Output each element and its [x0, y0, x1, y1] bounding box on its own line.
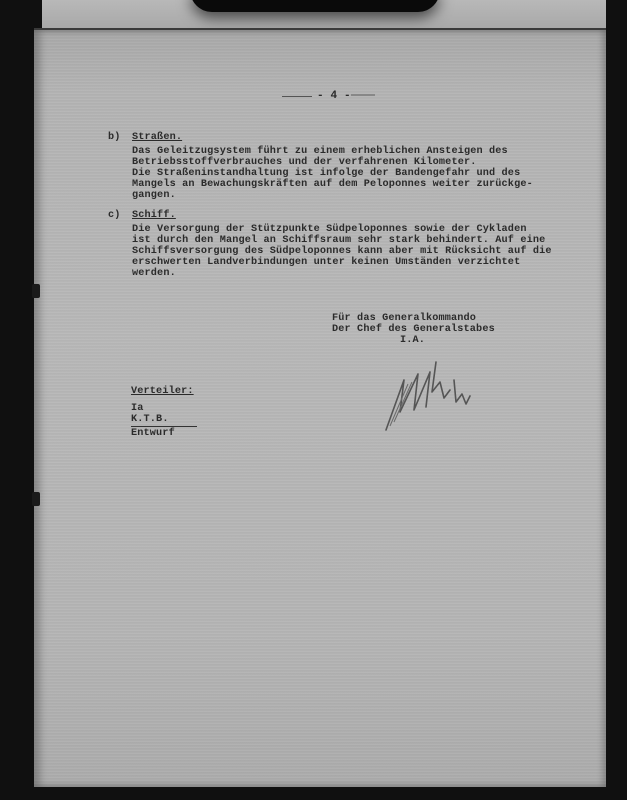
text-line: erschwerten Landverbindungen unter keine…	[132, 257, 572, 268]
signature-line: Für das Generalkommando	[332, 313, 495, 324]
distribution-item: Ia	[131, 403, 197, 414]
signature-block: Für das Generalkommando Der Chef des Gen…	[332, 313, 495, 346]
text-line: Betriebsstoffverbrauches und der verfahr…	[132, 157, 572, 168]
top-shadow-object	[190, 0, 440, 12]
distribution-item: Entwurf	[131, 428, 197, 439]
page-number: - 4 -	[317, 91, 351, 102]
text-line: Schiffsversorgung des Südpeloponnes kann…	[132, 246, 572, 257]
text-line: Mangels an Bewachungskräften auf dem Pel…	[132, 179, 572, 190]
signature-line: I.A.	[332, 335, 495, 346]
handwritten-signature	[374, 352, 494, 432]
document-page: - 4 - b) Straßen. Das Geleitzugsystem fü…	[34, 28, 606, 787]
page-number-mark	[351, 94, 375, 96]
section-body: Das Geleitzugsystem führt zu einem erheb…	[132, 146, 572, 201]
text-line: Das Geleitzugsystem führt zu einem erheb…	[132, 146, 572, 157]
section-title: Schiff.	[132, 210, 176, 221]
text-line: werden.	[132, 268, 572, 279]
document-body: - 4 - b) Straßen. Das Geleitzugsystem fü…	[34, 30, 606, 787]
section-body: Die Versorgung der Stützpunkte Südpelopo…	[132, 224, 572, 279]
signature-line: Der Chef des Generalstabes	[332, 324, 495, 335]
section-title: Straßen.	[132, 132, 182, 143]
distribution-list: Verteiler: Ia K.T.B. Entwurf	[131, 386, 197, 439]
divider	[131, 426, 197, 427]
distribution-title: Verteiler:	[131, 386, 197, 397]
section-label: b)	[108, 132, 121, 143]
text-line: gangen.	[132, 190, 572, 201]
section-label: c)	[108, 210, 121, 221]
text-line: ist durch den Mangel an Schiffsraum sehr…	[132, 235, 572, 246]
page-number-mark	[282, 96, 312, 97]
text-line: Die Straßeninstandhaltung ist infolge de…	[132, 168, 572, 179]
distribution-item: K.T.B.	[131, 414, 197, 425]
text-line: Die Versorgung der Stützpunkte Südpelopo…	[132, 224, 572, 235]
